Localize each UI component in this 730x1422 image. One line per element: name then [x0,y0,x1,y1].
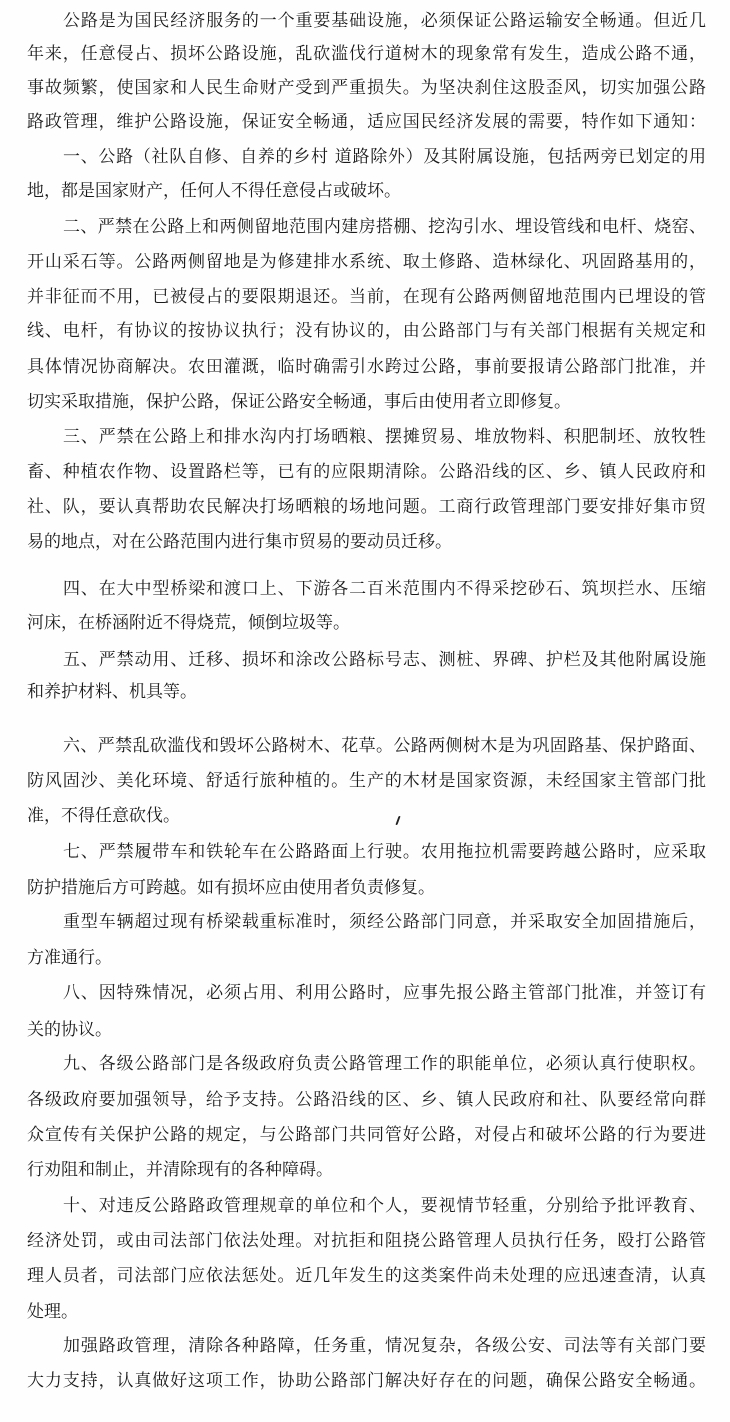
item-2-line-6: 切实采取措施，保护公路，保证公路安全畅通，事后由使用者立即修复。 [27,391,706,413]
item-6-line-2: 防风固沙、美化环境、舒适行旅种植的。生产的木材是国家资源，未经国家主管部门批 [27,770,706,792]
item-10-line-3: 理人员者，司法部门应依法惩处。近几年发生的这类案件尚未处理的应迅速查清，认真 [27,1265,706,1287]
item-10-line-4: 处理。 [27,1301,706,1323]
paragraph-intro-line-2: 年来，任意侵占、损坏公路设施，乱砍滥伐行道树木的现象常有发生，造成公路不通， [27,43,706,65]
item-10-line-1: 十、对违反公路路政管理规章的单位和个人，要视情节轻重，分别给予批评教育、 [63,1195,706,1217]
item-9-line-1: 九、各级公路部门是各级政府负责公路管理工作的职能单位，必须认真行使职权。 [63,1053,706,1075]
item-4-line-1: 四、在大中型桥梁和渡口上、下游各二百米范围内不得采挖砂石、筑坝拦水、压缩 [63,578,706,600]
item-9-line-2: 各级政府要加强领导，给予支持。公路沿线的区、乡、镇人民政府和社、队要经常向群 [27,1089,706,1111]
paragraph-intro-line-4: 路政管理，维护公路设施，保证安全畅通，适应国民经济发展的需要，特作如下通知： [27,111,706,133]
closing-line-2: 大力支持，认真做好这项工作，协助公路部门解决好存在的问题，确保公路安全畅通。 [27,1370,706,1392]
item-2-line-4: 线、电杆，有协议的按协议执行；没有协议的，由公路部门与有关部门根据有关规定和 [27,320,706,342]
item-9-line-4: 行劝阻和制止，并清除现有的各种障碍。 [27,1159,706,1181]
item-3-line-4: 易的地点，对在公路范围内进行集市贸易的要动员迁移。 [27,531,706,553]
item-6-line-3: 准，不得任意砍伐。 [27,805,706,827]
paragraph-intro-line-3: 事故频繁，使国家和人民生命财产受到严重损失。为坚决刹住这股歪风，切实加强公路 [27,77,706,99]
item-3-line-1: 三、严禁在公路上和排水沟内打场晒粮、摆摊贸易、堆放物料、积肥制坯、放牧牲 [63,426,706,448]
item-8-line-1: 八、因特殊情况，必须占用、利用公路时，应事先报公路主管部门批准，并签订有 [63,982,706,1004]
item-2-line-3: 并非征而不用，已被侵占的要限期退还。当前，在现有公路两侧留地范围内已埋设的管 [27,286,706,308]
item-7-line-1: 七、严禁履带车和铁轮车在公路路面上行驶。农用拖拉机需要跨越公路时，应采取 [63,841,706,863]
item-10-line-2: 经济处罚，或由司法部门依法处理。对抗拒和阻挠公路管理人员执行任务，殴打公路管 [27,1230,706,1252]
item-8-line-2: 关的协议。 [27,1019,706,1041]
item-7-line-2: 防护措施后方可跨越。如有损坏应由使用者负责修复。 [27,877,706,899]
item-9-line-3: 众宣传有关保护公路的规定，与公路部门共同管好公路，对侵占和破坏公路的行为要进 [27,1124,706,1146]
closing-line-1: 加强路政管理，清除各种路障，任务重，情况复杂，各级公安、司法等有关部门要 [63,1335,706,1357]
item-6-line-1: 六、严禁乱砍滥伐和毁坏公路树木、花草。公路两侧树木是为巩固路基、保护路面、 [63,735,706,757]
item-4-line-2: 河床，在桥涵附近不得烧荒，倾倒垃圾等。 [27,612,706,634]
item-2-line-5: 具体情况协商解决。农田灌溉，临时确需引水跨过公路，事前要报请公路部门批准，并 [27,356,706,378]
item-3-line-3: 社、队，要认真帮助农民解决打场晒粮的场地问题。工商行政管理部门要安排好集市贸 [27,496,706,518]
item-5-line-2: 和养护材料、机具等。 [27,681,706,703]
paragraph-intro-line-1: 公路是为国民经济服务的一个重要基础设施，必须保证公路运输安全畅通。但近几 [63,10,706,32]
item-2-line-1: 二、严禁在公路上和两侧留地范围内建房搭棚、挖沟引水、埋设管线和电杆、烧窑、 [63,216,706,238]
item-1-line-1: 一、公路（社队自修、自养的乡村 道路除外）及其附属设施，包括两旁已划定的用 [63,146,706,168]
item-2-line-2: 开山采石等。公路两侧留地是为修建排水系统、取土修路、造林绿化、巩固路基用的， [27,251,706,273]
item-3-line-2: 畜、种植农作物、设置路栏等，已有的应限期清除。公路沿线的区、乡、镇人民政府和 [27,461,706,483]
item-7-heavy-line-2: 方准通行。 [27,947,706,969]
item-1-line-2: 地，都是国家财产，任何人不得任意侵占或破坏。 [27,180,706,202]
item-7-heavy-line-1: 重型车辆超过现有桥梁载重标准时，须经公路部门同意，并采取安全加固措施后， [63,911,706,933]
item-5-line-1: 五、严禁动用、迁移、损坏和涂改公路标号志、测桩、界碑、护栏及其他附属设施 [63,649,706,671]
scanned-document-page: 公路是为国民经济服务的一个重要基础设施，必须保证公路运输安全畅通。但近几 年来，… [0,0,730,1422]
